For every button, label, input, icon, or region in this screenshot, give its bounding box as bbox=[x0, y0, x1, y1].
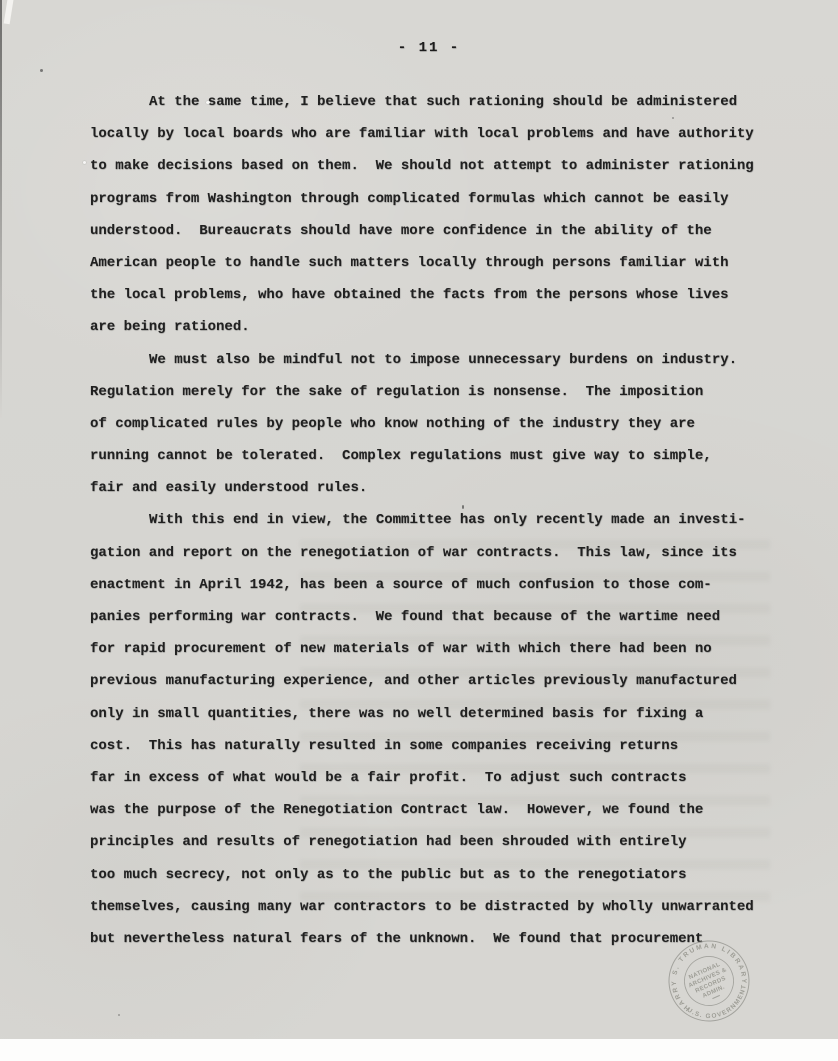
text-line: American people to handle such matters l… bbox=[90, 247, 780, 279]
text-line: programs from Washington through complic… bbox=[90, 183, 780, 215]
text-line: gation and report on the renegotiation o… bbox=[90, 537, 780, 569]
text-line: running cannot be tolerated. Complex reg… bbox=[90, 440, 780, 472]
scan-speck bbox=[462, 505, 464, 509]
scanned-page: - 11 - At the same time, I believe that … bbox=[0, 0, 838, 1061]
scan-top-edge-sliver bbox=[4, 0, 15, 24]
text-line: Regulation merely for the sake of regula… bbox=[90, 376, 780, 408]
text-line: principles and results of renegotiation … bbox=[90, 826, 780, 858]
document-body: At the same time, I believe that such ra… bbox=[90, 86, 780, 955]
text-line: far in excess of what would be a fair pr… bbox=[90, 762, 780, 794]
text-line: are being rationed. bbox=[90, 311, 780, 343]
scan-speck bbox=[206, 101, 210, 104]
text-line: the local problems, who have obtained th… bbox=[90, 279, 780, 311]
text-line: was the purpose of the Renegotiation Con… bbox=[90, 794, 780, 826]
text-line: previous manufacturing experience, and o… bbox=[90, 665, 780, 697]
page-number: - 11 - bbox=[10, 40, 838, 56]
archives-stamp-icon: HARRY S. TRUMAN LIBRARY U.S. GOVERNMENT … bbox=[649, 921, 769, 1041]
scan-speck bbox=[40, 69, 43, 72]
scan-speck bbox=[366, 905, 368, 907]
scan-bottom-border bbox=[0, 1039, 838, 1061]
stamp-center-dash bbox=[712, 995, 719, 998]
scan-speck bbox=[83, 161, 86, 164]
text-line: understood. Bureaucrats should have more… bbox=[90, 215, 780, 247]
scan-speck bbox=[672, 117, 674, 119]
text-line: too much secrecy, not only as to the pub… bbox=[90, 859, 780, 891]
text-line: locally by local boards who are familiar… bbox=[90, 118, 780, 150]
scan-speck bbox=[118, 1014, 120, 1016]
text-line: of complicated rules by people who know … bbox=[90, 408, 780, 440]
paper: - 11 - At the same time, I believe that … bbox=[0, 0, 838, 1040]
scan-left-edge bbox=[0, 0, 2, 420]
text-line: At the same time, I believe that such ra… bbox=[90, 86, 780, 118]
text-line: for rapid procurement of new materials o… bbox=[90, 633, 780, 665]
text-line: panies performing war contracts. We foun… bbox=[90, 601, 780, 633]
text-line: themselves, causing many war contractors… bbox=[90, 891, 780, 923]
text-line: fair and easily understood rules. bbox=[90, 472, 780, 504]
text-line: only in small quantities, there was no w… bbox=[90, 698, 780, 730]
text-line: enactment in April 1942, has been a sour… bbox=[90, 569, 780, 601]
text-line: We must also be mindful not to impose un… bbox=[90, 344, 780, 376]
text-line: cost. This has naturally resulted in som… bbox=[90, 730, 780, 762]
text-line: With this end in view, the Committee has… bbox=[90, 504, 780, 536]
text-line: to make decisions based on them. We shou… bbox=[90, 150, 780, 182]
